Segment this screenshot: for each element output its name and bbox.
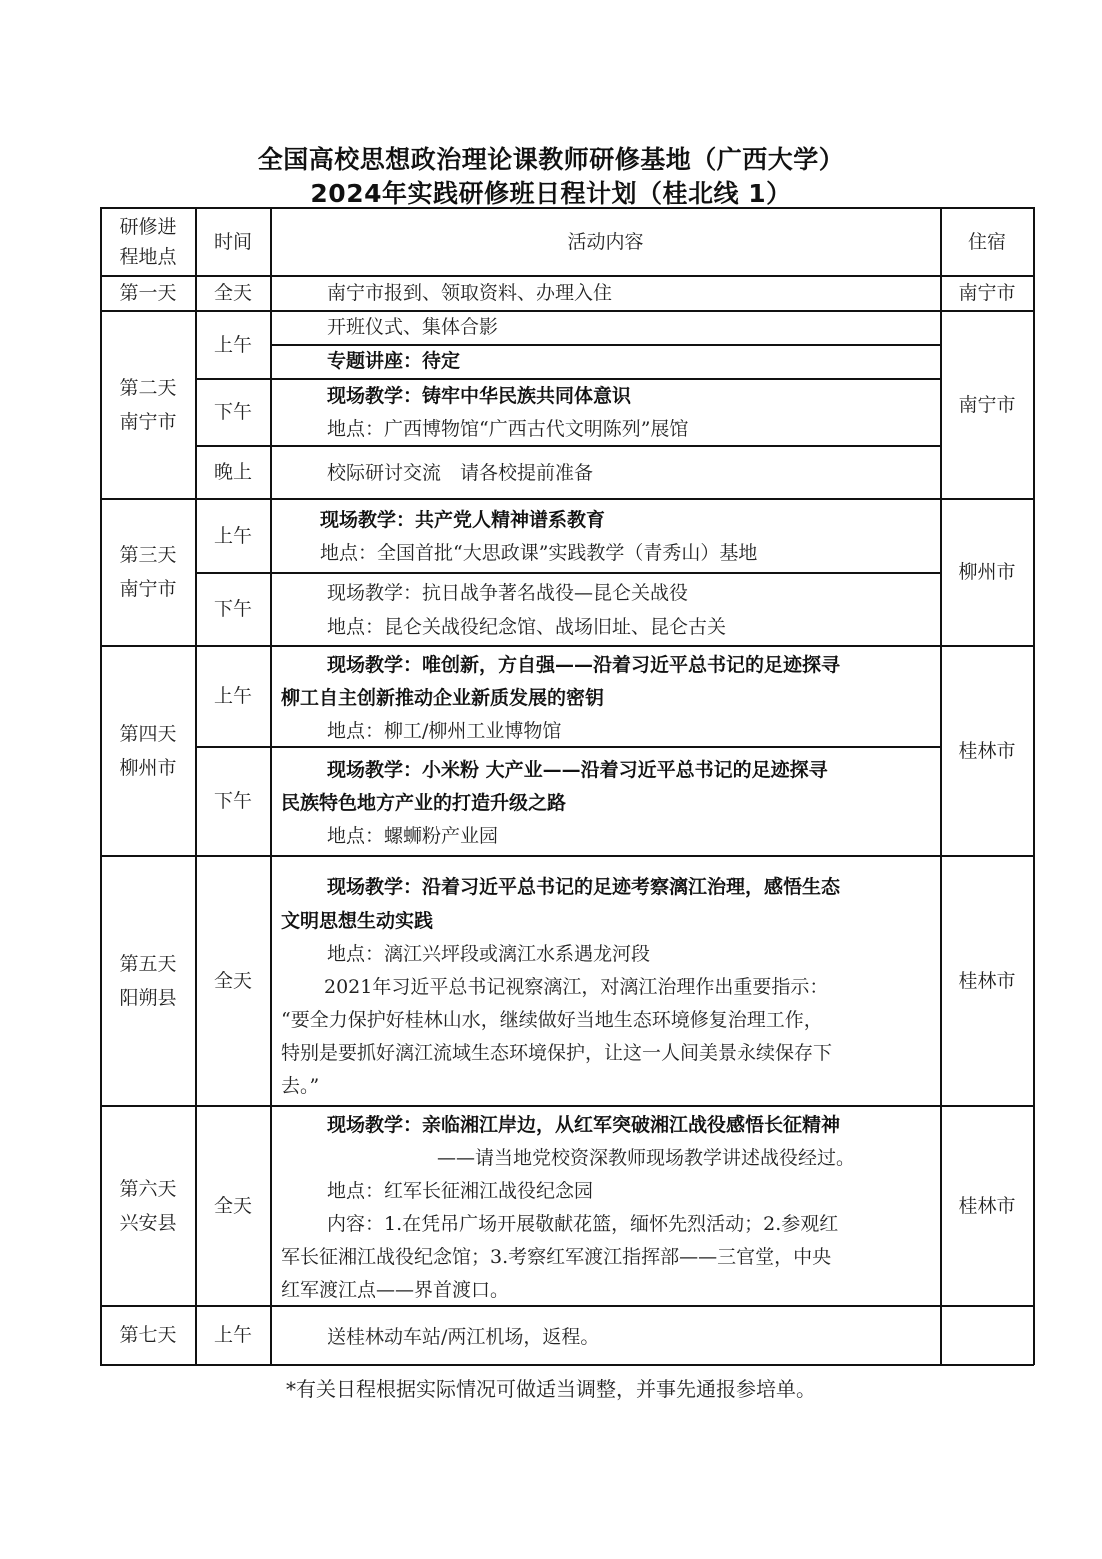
activity-line: 开班仪式、集体合影 — [327, 310, 498, 344]
header-activity: 活动内容 — [271, 208, 940, 275]
session-time: 上午 — [196, 311, 270, 378]
activity-line: 地点：柳工/柳州工业博物馆 — [327, 714, 561, 748]
lodging-city: 桂林市 — [941, 1106, 1033, 1305]
table-border — [270, 207, 272, 1365]
activity-line: 现场教学：沿着习近平总书记的足迹考察漓江治理，感悟生态 — [327, 870, 840, 904]
activity-line: 送桂林动车站/两江机场，返程。 — [327, 1320, 599, 1354]
lodging-city: 桂林市 — [941, 646, 1033, 855]
lodging-city: 柳州市 — [941, 499, 1033, 645]
activity-line: 专题讲座：待定 — [327, 344, 460, 378]
day-place-cell: 第五天 阳朔县 — [101, 856, 195, 1105]
day-label: 第五天 — [119, 947, 176, 981]
activity-line: 地点：广西博物馆“广西古代文明陈列”展馆 — [327, 412, 688, 446]
day-label: 第七天 — [101, 1306, 195, 1364]
activity-line: “要全力保护好桂林山水，继续做好当地生态环境修复治理工作， — [281, 1003, 823, 1037]
activity-line: 柳工自主创新推动企业新质发展的密钥 — [281, 681, 604, 715]
activity-line: 南宁市报到、领取资料、办理入住 — [327, 276, 612, 310]
activity-line: 2021年习近平总书记视察漓江，对漓江治理作出重要指示： — [324, 970, 828, 1004]
session-time: 全天 — [196, 856, 270, 1105]
activity-line: 校际研讨交流 请各校提前准备 — [327, 456, 593, 490]
activity-line: 现场教学：抗日战争著名战役—昆仑关战役 — [327, 576, 688, 610]
day-place-cell: 第四天 柳州市 — [101, 646, 195, 855]
activity-line: 现场教学：唯创新，方自强——沿着习近平总书记的足迹探寻 — [327, 648, 840, 682]
session-time: 上午 — [196, 1306, 270, 1364]
day-label: 第四天 — [119, 717, 176, 751]
activity-line: 现场教学：小米粉 大产业——沿着习近平总书记的足迹探寻 — [327, 753, 828, 787]
footnote: *有关日程根据实际情况可做适当调整，并事先通报参培单。 — [0, 1373, 1102, 1402]
place-label: 阳朔县 — [119, 981, 176, 1015]
day-label: 第六天 — [119, 1172, 176, 1206]
day-label: 第二天 — [119, 371, 176, 405]
day-place-cell: 第三天 南宁市 — [101, 499, 195, 645]
document-title-line1: 全国高校思想政治理论课教师研修基地（广西大学） — [0, 140, 1102, 176]
lodging-city — [941, 1306, 1033, 1364]
header-stage-location: 研修进 程地点 — [101, 208, 195, 275]
lodging-city: 南宁市 — [941, 311, 1033, 498]
activity-line: 现场教学：共产党人精神谱系教育 — [320, 503, 605, 537]
session-time: 全天 — [196, 276, 270, 310]
activity-line: 地点：漓江兴坪段或漓江水系遇龙河段 — [327, 937, 650, 971]
session-time: 全天 — [196, 1106, 270, 1305]
day-label: 第一天 — [101, 276, 195, 310]
header-lodging: 住宿 — [941, 208, 1033, 275]
activity-line: 特别是要抓好漓江流域生态环境保护，让这一人间美景永续保存下 — [281, 1036, 832, 1070]
document-title-line2: 2024年实践研修班日程计划（桂北线 1） — [0, 174, 1102, 210]
session-time: 上午 — [196, 646, 270, 746]
activity-line: 内容：1.在凭吊广场开展敬献花篮，缅怀先烈活动；2.参观红 — [327, 1207, 838, 1241]
activity-line: ——请当地党校资深教师现场教学讲述战役经过。 — [437, 1141, 855, 1175]
session-time: 晚上 — [196, 446, 270, 498]
lodging-city: 桂林市 — [941, 856, 1033, 1105]
header-time: 时间 — [196, 208, 270, 275]
activity-line: 地点：螺蛳粉产业园 — [327, 819, 498, 853]
place-label: 兴安县 — [119, 1206, 176, 1240]
table-border — [195, 572, 941, 574]
header-text: 程地点 — [119, 242, 176, 272]
activity-line: 现场教学：亲临湘江岸边，从红军突破湘江战役感悟长征精神 — [327, 1108, 840, 1142]
session-time: 下午 — [196, 747, 270, 855]
session-time: 下午 — [196, 379, 270, 445]
activity-line: 地点：昆仑关战役纪念馆、战场旧址、昆仑古关 — [327, 610, 726, 644]
place-label: 南宁市 — [119, 405, 176, 439]
header-text: 研修进 — [119, 212, 176, 242]
session-time: 上午 — [196, 499, 270, 572]
table-border — [100, 1364, 1034, 1366]
activity-line: 现场教学：铸牢中华民族共同体意识 — [327, 379, 631, 413]
activity-line: 红军渡江点——界首渡口。 — [281, 1273, 509, 1307]
activity-line: 军长征湘江战役纪念馆；3.考察红军渡江指挥部——三官堂，中央 — [281, 1240, 831, 1274]
activity-line: 地点：全国首批“大思政课”实践教学（青秀山）基地 — [320, 536, 757, 570]
activity-line: 去。” — [281, 1069, 319, 1103]
table-border — [195, 746, 941, 748]
lodging-city: 南宁市 — [941, 276, 1033, 310]
session-time: 下午 — [196, 573, 270, 645]
place-label: 柳州市 — [119, 751, 176, 785]
day-label: 第三天 — [119, 538, 176, 572]
activity-line: 民族特色地方产业的打造升级之路 — [281, 786, 566, 820]
place-label: 南宁市 — [119, 572, 176, 606]
day-place-cell: 第六天 兴安县 — [101, 1106, 195, 1305]
table-border — [1033, 207, 1035, 1365]
day-place-cell: 第二天 南宁市 — [101, 311, 195, 498]
activity-line: 文明思想生动实践 — [281, 904, 433, 938]
activity-line: 地点：红军长征湘江战役纪念园 — [327, 1174, 593, 1208]
